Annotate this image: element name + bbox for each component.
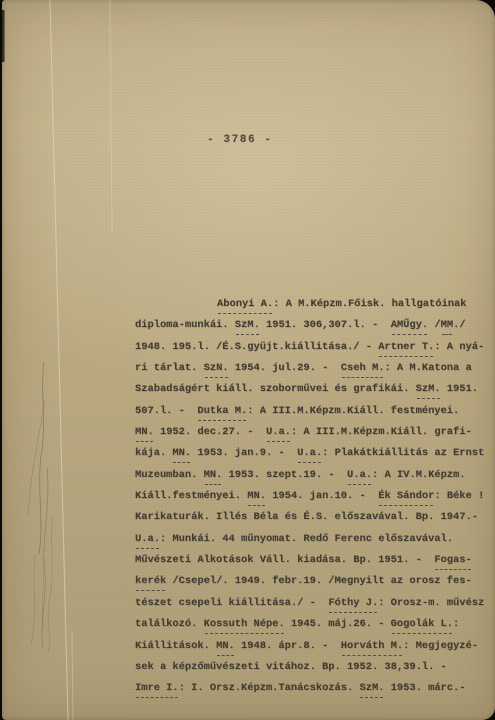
text-segment: 1948. 195.l. /É.S.gyüjt.kiállitása./ - [135,341,378,353]
text-segment: Karikaturák. Illés Béla és É.S. előszavá… [135,511,478,523]
text-segment: Muzeumban. [135,469,204,481]
text-segment: 1953. márc.- [384,682,465,694]
underlined-term: Abonyi A. [217,298,273,310]
underlined-term: Fóthy J. [328,597,378,609]
text-segment: tészet csepeli kiállitása./ - [135,597,328,609]
underlined-term: Kossuth Népe. [204,618,285,630]
text-line: Muzeumban. MN. 1953. szept.19. - U.a.: A… [135,465,485,486]
text-segment: ./ [453,319,465,331]
underlined-term: Imre I. [135,682,179,694]
text-segment: : Plakátkiállitás az Ernst [322,447,484,459]
text-segment: Kiállitások. [135,640,216,652]
text-line: kája. MN. 1953. jan.9. - U.a.: Plakátkiá… [135,443,485,464]
underlined-term: U.a. [266,426,291,438]
text-segment: 1953. szept.19. - [222,469,347,481]
underlined-term: U.a. [297,447,322,459]
scan-streak [72,630,73,720]
paper-page: - 3786 - Abonyi A.: A M.Képzm.Főisk. hal… [2,0,495,720]
text-line: U.a.: Munkái. 44 műnyomat. Redő Ferenc e… [135,529,485,550]
underlined-term: Artner T. [378,341,434,353]
underlined-term: SzN. [204,362,229,374]
scanned-document: - 3786 - Abonyi A.: A M.Képzm.Főisk. hal… [0,0,495,720]
text-segment: : A M.Képzm.Főisk. hallgatóinak [273,298,466,310]
text-segment: találkozó. [135,618,204,630]
text-line: Abonyi A.: A M.Képzm.Főisk. hallgatóinak [135,294,485,315]
underlined-term: Dutka M. [197,405,247,417]
underlined-term: U.a. [347,469,372,481]
text-line: diploma-munkái. SzM. 1951. 306,307.l. - … [135,315,485,336]
text-line: Kiáll.festményei. MN. 1954. jan.10. - Ék… [135,486,485,507]
underlined-term: SzM. [235,319,260,331]
text-segment: : I. Orsz.Képzm.Tanácskozás. [179,682,360,694]
text-segment: / [428,319,440,331]
text-segment: : A nyá- [434,341,484,353]
text-line: találkozó. Kossuth Népe. 1945. máj.26. -… [135,614,485,635]
text-segment: 1954. jan.10. - [266,490,378,502]
underlined-term: Fogas- [434,554,471,566]
text-segment: : [453,618,459,630]
scan-streak [50,0,68,720]
paper-crease-marks [28,362,53,652]
text-segment: /Csepel/. 1949. febr.19. /Megnyilt az or… [166,575,472,587]
text-segment: : A III.M.Képzm.Kiáll. festményei. [247,405,459,417]
underlined-term: Horváth M. [341,640,403,652]
text-line: Művészeti Alkotások Váll. kiadása. Bp. 1… [135,550,485,571]
text-line: 1948. 195.l. /É.S.gyüjt.kiállitása./ - A… [135,337,485,358]
text-segment: 1945. máj.26. - [285,618,391,630]
underlined-term: Ék Sándor [378,490,434,502]
text-segment: 1951. 306,307.l. - [260,319,391,331]
text-segment: : A IV.M.Képzm. [372,469,466,481]
scan-streak [110,0,112,235]
text-line: Kiállitások. MN. 1948. ápr.8. - Horváth … [135,636,485,657]
text-segment: : A M.Katona a [384,362,471,374]
text-segment: 1951. [441,383,478,395]
underlined-term: Gogolák L. [391,618,453,630]
edge-shadow-mark [2,10,5,62]
text-line: MN. 1952. dec.27. - U.a.: A III.M.Képzm.… [135,422,485,443]
text-segment: 1952. dec.27. - [154,426,266,438]
text-segment: kája. [135,447,172,459]
text-line: sek a képzőművészeti vitához. Bp. 1952. … [135,657,485,678]
text-segment: : Béke ! [434,490,484,502]
underlined-term: MM [441,319,453,331]
underlined-term: MN. [172,447,191,459]
text-segment: Kiáll.festményei. [135,490,247,502]
underlined-term: MN. [135,426,154,438]
text-segment: 507.l. - [135,405,197,417]
underlined-term: Cseh M. [341,362,385,374]
underlined-term: MN. [204,469,223,481]
text-segment: ri tárlat. [135,362,204,374]
text-line: ri tárlat. SzN. 1954. jul.29. - Cseh M.:… [135,358,485,379]
underlined-term: MN. [247,490,266,502]
page-number: - 3786 - [207,134,273,146]
text-line: 507.l. - Dutka M.: A III.M.Képzm.Kiáll. … [135,401,485,422]
text-line: Imre I.: I. Orsz.Képzm.Tanácskozás. SzM.… [135,678,485,699]
text-segment: sek a képzőművészeti vitához. Bp. 1952. … [135,661,447,673]
typewritten-text-block: Abonyi A.: A M.Képzm.Főisk. hallgatóinak… [135,294,485,700]
text-segment: 1948. ápr.8. - [235,640,341,652]
text-segment: Művészeti Alkotások Váll. kiadása. Bp. 1… [135,554,434,566]
text-line: Karikaturák. Illés Béla és É.S. előszavá… [135,507,485,528]
underlined-term: SzM. [416,383,441,395]
text-segment: Szabadságért kiáll. szoborművei és grafi… [135,383,416,395]
underlined-term: SzM. [359,682,384,694]
text-line: kerék /Csepel/. 1949. febr.19. /Megnyilt… [135,571,485,592]
text-segment: 1954. jul.29. - [229,362,341,374]
text-segment: : Megjegyzé- [403,640,478,652]
text-line: Szabadságért kiáll. szoborművei és grafi… [135,379,485,400]
text-segment: : A III.M.Képzm.Kiáll. grafi- [291,426,472,438]
underlined-term: kerék [135,575,166,587]
text-segment: : Munkái. 44 műnyomat. Redő Ferenc elősz… [160,533,453,545]
text-segment: diploma-munkái. [135,319,235,331]
underlined-term: U.a. [135,533,160,545]
text-segment: : Orosz-m. művész [378,597,484,609]
text-segment: 1953. jan.9. - [191,447,297,459]
text-line: tészet csepeli kiállitása./ - Fóthy J.: … [135,593,485,614]
underlined-term: AMŰgy. [391,319,428,331]
underlined-term: MN. [216,640,235,652]
